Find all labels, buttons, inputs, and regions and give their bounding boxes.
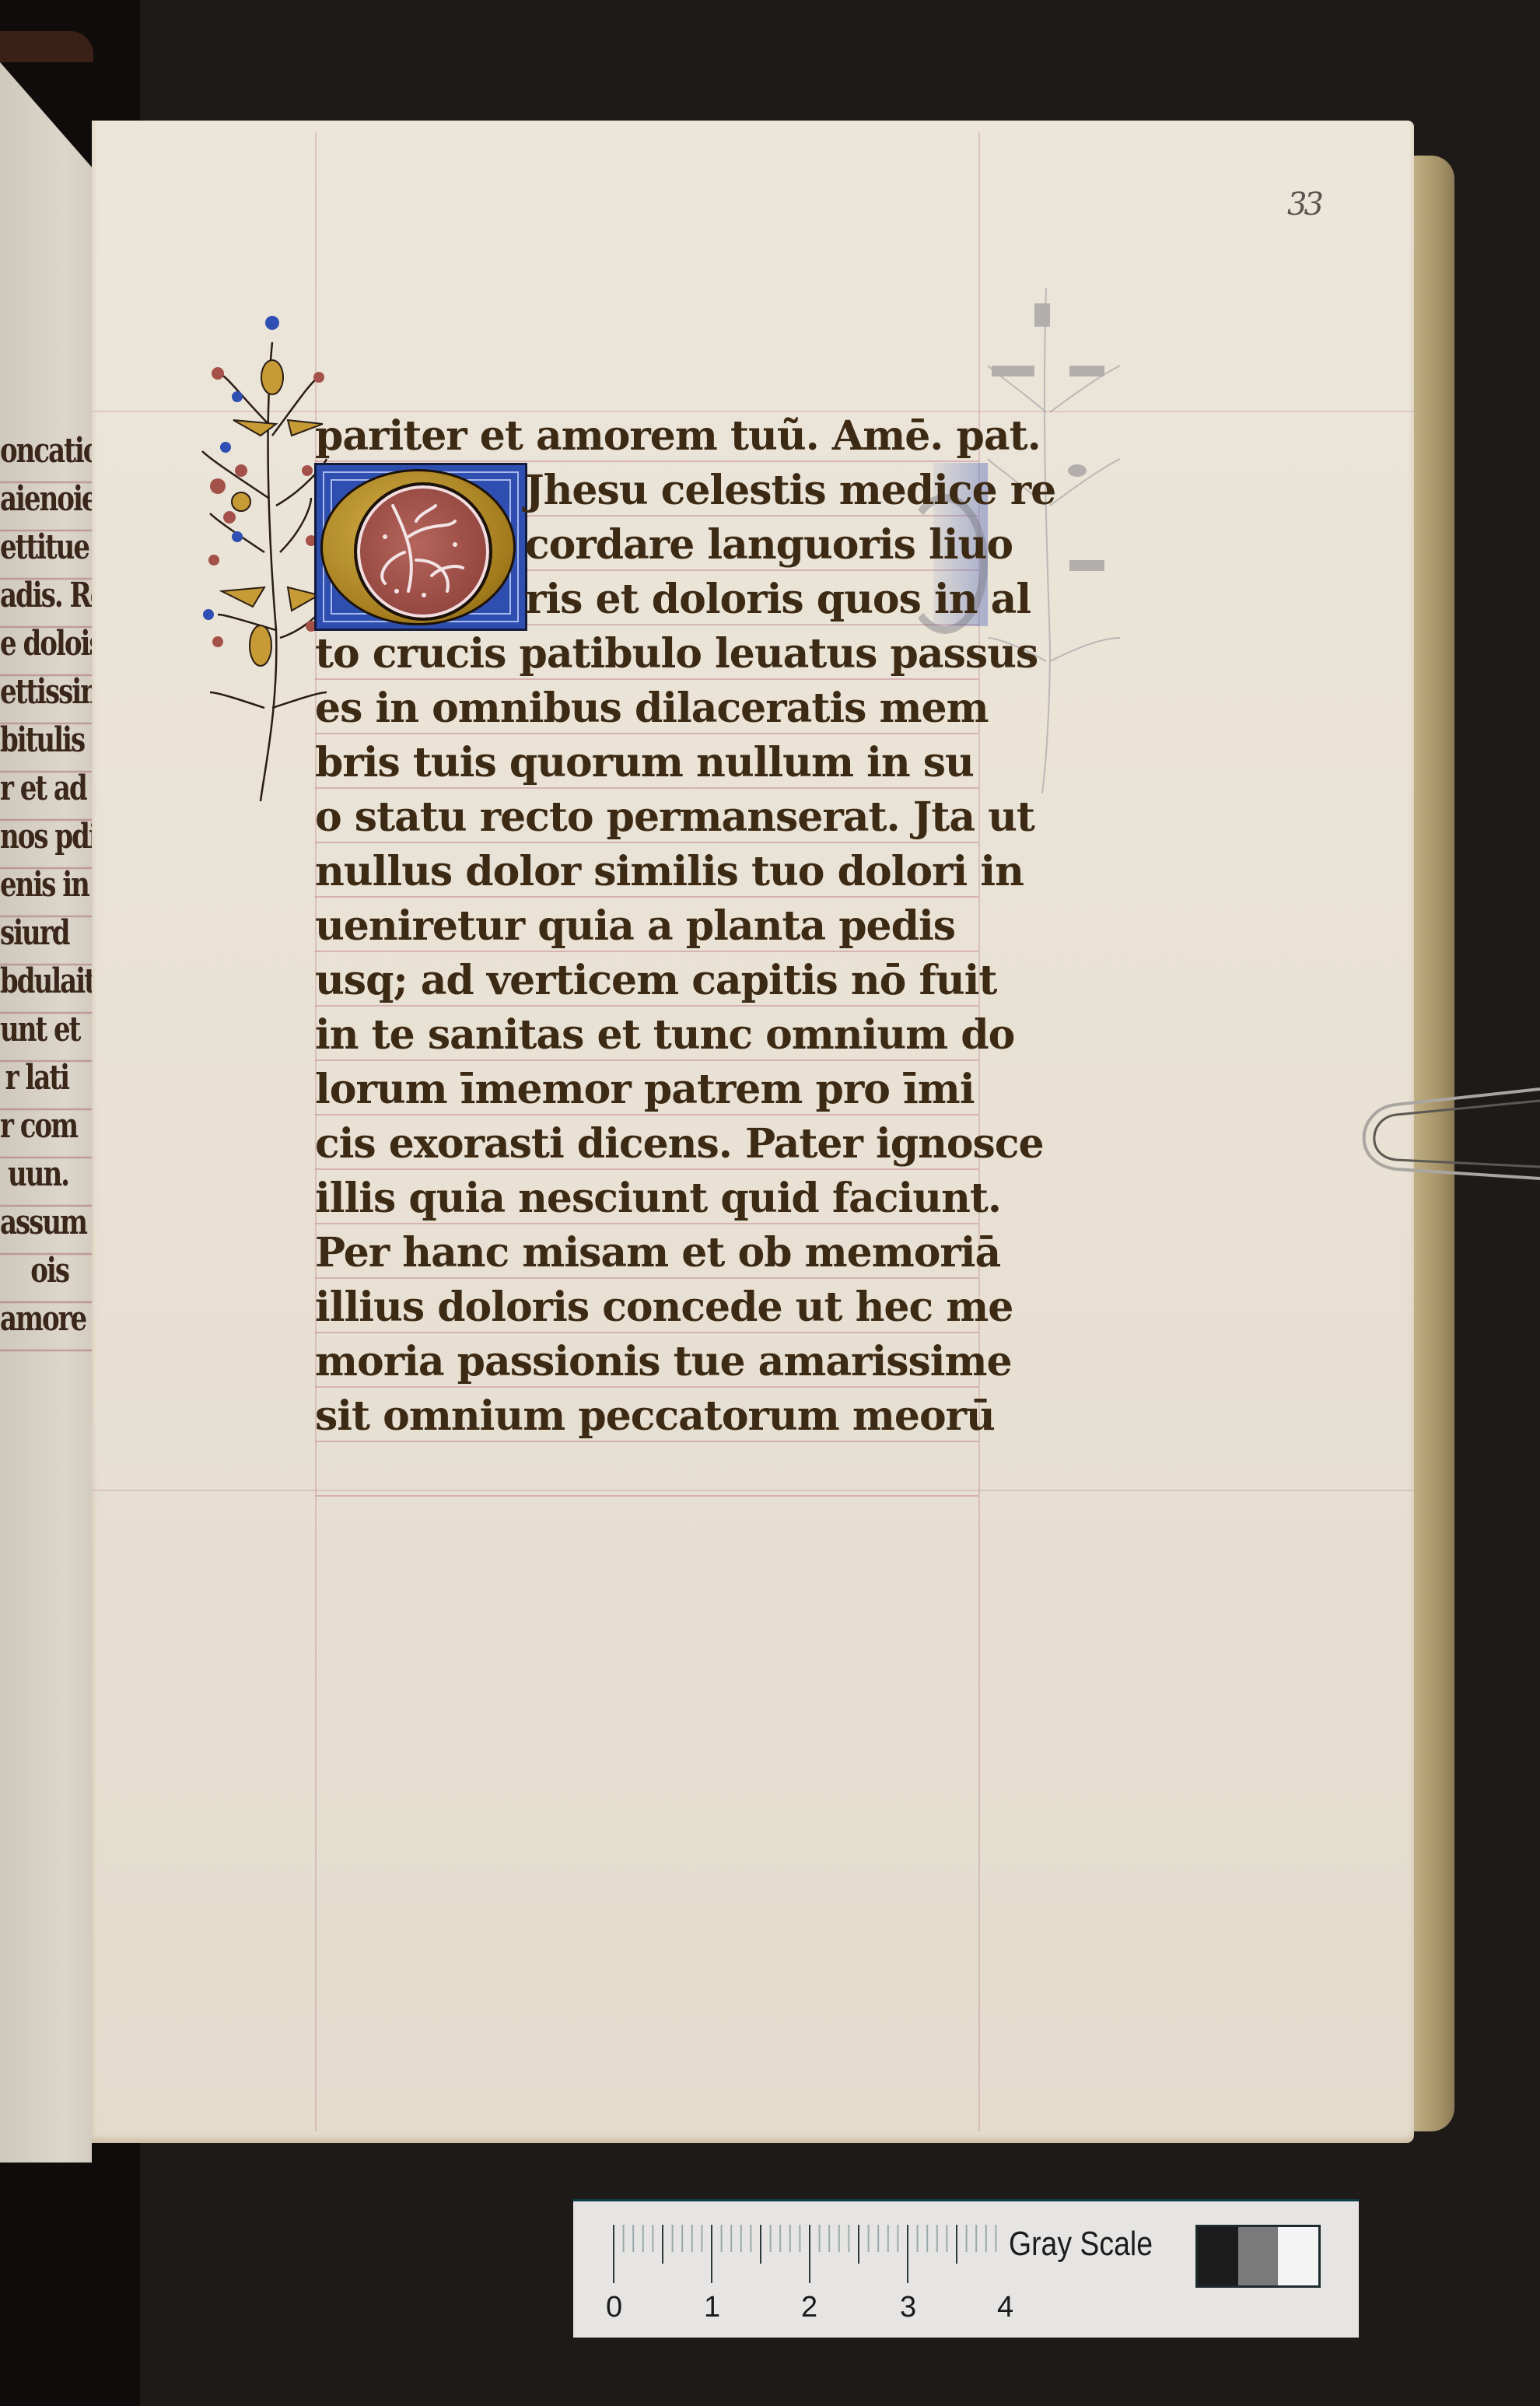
text-line: usq; ad verticem capitis nō fuit	[315, 957, 996, 1011]
facing-page: oncatioaienoieettitueadis. Ree doloisett…	[0, 62, 92, 2163]
swatch-gray	[1238, 2227, 1279, 2285]
text-line: pariter et amorem tuũ. Amē. pat.	[315, 412, 1041, 467]
ruler-label: 1	[704, 2291, 720, 2324]
filigree-ornament	[362, 490, 478, 607]
ruler-label: 0	[606, 2291, 622, 2324]
grayscale-swatches	[1195, 2225, 1321, 2288]
text-line: bris tuis quorum nullum in su	[315, 739, 974, 793]
ruler-label: 2	[801, 2291, 817, 2324]
text-line: sit omnium peccatorum meorū	[315, 1392, 995, 1447]
text-line: lorum īmemor patrem pro īmi	[315, 1066, 975, 1120]
facing-text-line: amore	[0, 1289, 92, 1352]
text-line: in te sanitas et tunc omnium do	[315, 1011, 1014, 1066]
ruler-label: 4	[997, 2291, 1013, 2324]
facing-page-text: oncatioaienoieettitueadis. Ree doloisett…	[0, 428, 92, 1344]
ruler-label: 3	[900, 2291, 916, 2324]
grayscale-label: Gray Scale	[1009, 2225, 1153, 2264]
text-line: moria passionis tue amarissime	[315, 1338, 1012, 1392]
text-line: Per hanc misam et ob memoriā	[315, 1229, 1000, 1284]
text-line: illis quia nesciunt quid faciunt.	[315, 1175, 1001, 1229]
text-line: ris et doloris quos in al	[525, 576, 1031, 630]
binding-edge	[0, 31, 93, 62]
text-line: to crucis patibulo leuatus passus	[315, 630, 1038, 685]
folio-number: 33	[1287, 187, 1321, 222]
text-line: cordare languoris liuo	[525, 521, 1013, 576]
text-line: nullus dolor similis tuo dolori in	[315, 848, 1024, 902]
swatch-black	[1198, 2227, 1238, 2285]
ruling-line	[315, 1495, 978, 1497]
text-line: es in omnibus dilaceratis mem	[315, 685, 989, 739]
ruler	[593, 2221, 997, 2291]
text-line: ueniretur quia a planta pedis	[315, 902, 955, 957]
text-line: illius doloris concede ut hec me	[315, 1284, 1013, 1338]
text-line: Jhesu celestis medice re	[525, 467, 1055, 521]
ruling-line	[92, 1490, 1414, 1491]
text-line: cis exorasti dicens. Pater ignosce	[315, 1120, 1044, 1175]
text-line: o statu recto permanserat. Jta ut	[315, 793, 1034, 848]
page-clip	[1349, 1085, 1540, 1186]
scale-card: 0 1 2 3 4 Gray Scale	[573, 2199, 1359, 2338]
swatch-white	[1278, 2227, 1318, 2285]
